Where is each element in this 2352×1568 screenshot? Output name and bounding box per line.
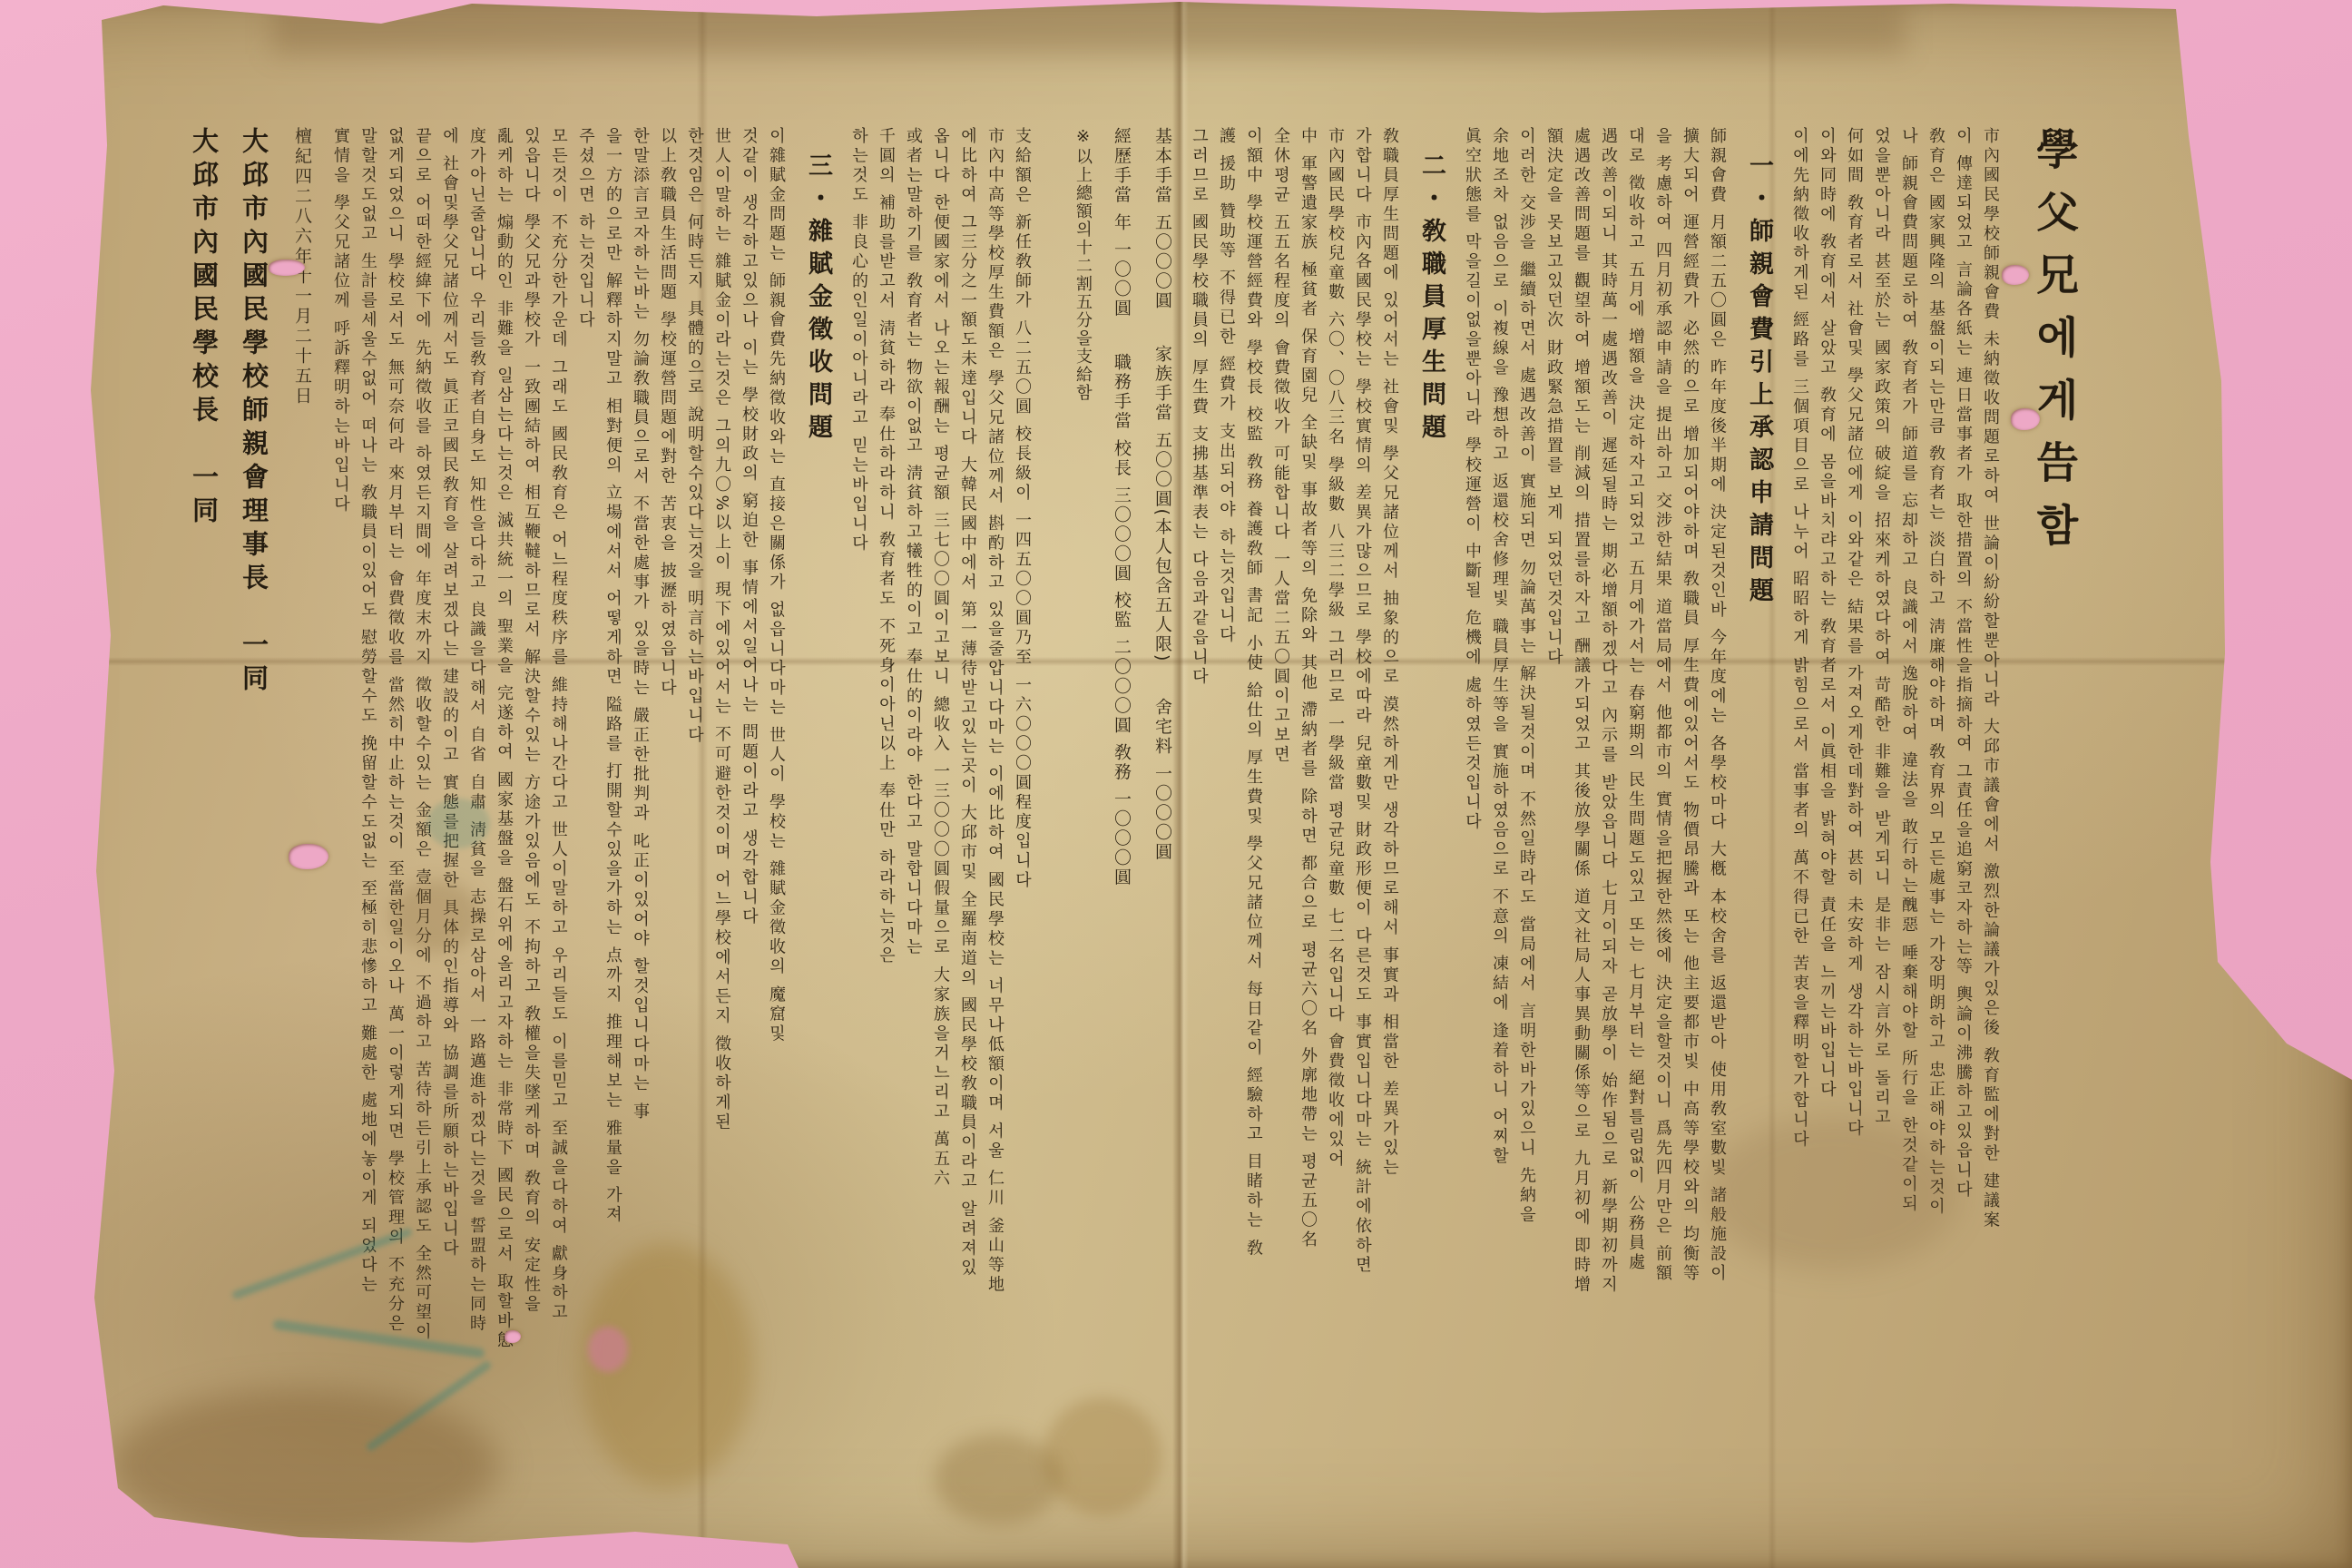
section-1-heading: 一・師親會費引上承認申請問題 [1738,127,1779,1488]
section-3-column: 주셨으면 하는것입니다 [573,127,599,1470]
allowance-row-duty: 職務手當 校長 三〇〇〇圓 校監 二〇〇〇圓 敎務 一〇〇〇圓 [1112,353,1132,887]
pencil-scribble-4 [426,799,490,848]
section-2-column: 이額中 學校運營經費와 學校長 校監 敎務 養護敎師 書記 小使 給仕의 厚生費… [1240,127,1267,1470]
stain-top-edge [272,0,1906,54]
section-2-heading: 二・敎職員厚生問題 [1410,127,1452,1488]
section-3-heading: 三・雜賦金徵收問題 [797,127,838,1488]
paper-sheet: 學父兄에게告함 市內國民學校師親會費 未納徵收問題로하여 世論이紛紛할뿐아니라 … [0,0,2352,1568]
section-3-column: 모든것이 不充分한가운데 그래도 國民敎育은 어느程度秩序를 維持해나간다고 世… [545,127,572,1470]
date-line: 檀紀四二八六年十一月二十五日 [284,127,320,1488]
preamble-column: 敎育은 國家興隆의 基盤이되는만큼 敎育者는 淡白하고 淸廉해야하며 敎育界의 … [1923,127,1949,1470]
section-2-column: 敎職員厚生問題에 있어서는 社會및 學父兄諸位께서 抽象的으로 漠然하게만 생각… [1377,127,1403,1470]
section-3-column: 亂케하는 煽動的인 非難을 일삼는다는것은 滅共統一의 聖業을 完遂하여 國家基… [491,127,517,1470]
section-2-column: 中 軍警遺家族 極貧者 保育園兒 全缺및 事故者等의 免除와 其他 滯納者를 除… [1295,127,1321,1470]
document-text: 學父兄에게告함 市內國民學校師親會費 未納徵收問題로하여 世論이紛紛할뿐아니라 … [136,127,2103,1488]
post-table-column: 옵니다 한便國家에서 나오는報酬는 평균額 三七〇〇圓이고보니 總收入 一三〇〇… [927,127,954,1470]
section-2-column: 그러므로 國民學校職員의 厚生費 支拂基準表는 다음과같읍니다 [1186,127,1212,1470]
post-table-column: 에比하여 그三分之一額도未達입니다 大韓民國中에서 第一薄待받고있는곳이 大邱市… [955,127,981,1470]
section-1-column: 處遇改善問題를 觀望하여 增額도는 削減의 措置를하자고 酬議가되었고 其後放學… [1568,127,1594,1470]
section-1-column: 眞空狀態를 막을길이없을뿐아니라 學校運營이 中斷될 危機에 處하였든것입니다 [1459,127,1485,1470]
section-3-column: 을一方的으로만 解釋하지말고 相對便의 立場에서서 어떻게하면 隘路를 打開할수… [600,127,626,1470]
post-table-column: 或者는말하기를 敎育者는 物欲이없고 淸貧하고犧牲的이고 奉仕的이라야 한다고 … [900,127,926,1470]
section-1-column: 遇改善이되니 其時萬一處遇改善이 遲延될時는 期必增額하겠다고 內示를 받았읍니… [1595,127,1622,1470]
section-3-column: 한말添言코자하는바는 勿論敎職員으로서 不當한處事가 있을時는 嚴正한批判과 叱… [627,127,653,1470]
allowance-row-basic: 基本手當 五〇〇〇圓 [1152,127,1172,310]
preamble-column: 이 傳達되었고 言論各紙는 連日當事者가 取한措置의 不當性을指摘하여 그責任을… [1950,127,1976,1470]
document-title: 學父兄에게告함 [2024,127,2083,1488]
section-1-column: 을 考慮하여 四月初承認申請을 提出하고 交涉한結果 道當局에서 他都市의 實情… [1650,127,1676,1470]
section-3-column: 없게되었으니 學校로서도 無可奈何라 來月부터는 會費徵收를 當然히中止하는것이… [382,127,408,1470]
allowance-row-seniority: 經歷手當 年 一〇〇圓 [1112,127,1132,318]
signature-principals: 大邱市內國民學校長 一同 [181,127,227,1488]
preamble-column: 이와同時에 敎育에서 살았고 敎育에 몸을바치랴고하는 敎育者로서 이眞相을 밝… [1814,127,1840,1470]
preamble-column: 었을뿐아니라 甚至於는 國家政策의 破綻을 招來케하였다하여 苛酷한 非難을 받… [1868,127,1895,1470]
section-2-column: 護 援助 贊助等 不得已한 經費가 支出되어야 하는것입니다 [1213,127,1240,1470]
preamble-column: 이에先納徵收하게된 經路를 三個項目으로 나누어 昭昭하게 밝힘으로서 當事者의… [1787,127,1813,1470]
allowance-table: 基本手當 五〇〇〇圓家族手當 五〇〇圓(本人包含五人限)舍宅料 一〇〇〇圓 經歷… [1039,127,1182,1488]
allowance-table-note: ※以上總額의十二割五分을支給함 [1064,127,1101,1488]
post-table-column: 千圓의 補助를받고서 淸貧하라 奉仕하라하니 敎育者도 不死身이아닌以上 奉仕만… [873,127,899,1470]
section-3-column: 이雜賦金問題는 師親會費先納徵收와는 直接은關係가 없읍니다마는 世人이 學校는… [763,127,789,1470]
allowance-table-column-1: 基本手當 五〇〇〇圓家族手當 五〇〇圓(本人包含五人限)舍宅料 一〇〇〇圓 [1142,127,1182,1488]
section-3-column: 한것임은 何時든지 具體的으로 說明할수있다는것을 明言하는바입니다 [681,127,708,1470]
section-1-column: 擴大되어 運營經費가 必然的으로 增加되어야하며 敎職員 厚生費에있어서도 物價… [1677,127,1703,1470]
allowance-row-family: 家族手當 五〇〇圓(本人包含五人限) [1152,345,1172,663]
allowance-row-housing: 舍宅料 一〇〇〇圓 [1152,698,1172,862]
section-3-column: 世人이말하는 雜賦金이라는것은 그의九〇%以上이 現下에있어서는 不可避한것이며… [709,127,735,1470]
section-3-column: 끝으로 어떠한經緯下에 先納徵收를 하였든지間에 年度末까지 徵收할수있는 金額… [409,127,436,1470]
section-3-column: 以上敎職員生活問題 學校運營問題에對한 苦衷을 披瀝하였읍니다 [654,127,681,1470]
section-1-column: 額決定을 못보고있던次 財政緊急措置를 보게 되었던것입니다 [1541,127,1567,1470]
section-2-column: 市內國民學校兒童數 六〇、〇八三名 學級數 八三二學級 그러므로 一學級當 평균… [1322,127,1348,1470]
section-1-column: 대로 徵收하고 五月에 增額을 決定하자고되었고 五月에가서는 春窮期의 民生問… [1622,127,1649,1470]
section-3-column: 것같이 생각하고있으나 이는 學校財政의 窮迫한 事情에서일어나는 問題이라고 … [736,127,762,1470]
preamble-column: 나 師親會費問題로하여 敎育者가 師道를 忘却하고 良識에서 逸脫하여 違法을 … [1896,127,1922,1470]
section-1-column: 師親會費 月額二五〇圓은 昨年度後半期에 決定된것인바 今年度에는 各學校마다 … [1704,127,1730,1470]
post-table-column: 支給額은 新任敎師가 八二五〇圓 校長級이 一四五〇〇圓乃至 一六〇〇〇圓程度입… [1009,127,1035,1470]
allowance-table-column-2: 經歷手當 年 一〇〇圓職務手當 校長 三〇〇〇圓 校監 二〇〇〇圓 敎務 一〇〇… [1102,127,1142,1488]
section-2-column: 全休평균 五五名程度의 會費徵收가 可能합니다 一人當二五〇圓이고보면 [1268,127,1294,1470]
preamble-column: 市內國民學校師親會費 未納徵收問題로하여 世論이紛紛할뿐아니라 大邱市議會에서 … [1977,127,2004,1470]
section-2-column: 가합니다 市內各國民學校는 學校實情의 差異가많으므로 學校에따라 兒童數및 財… [1349,127,1376,1470]
section-3-column: 있읍니다 學父兄과學校가 一致團結하여 相互鞭韃하므로서 解決할수있는 方途가있… [518,127,544,1470]
section-1-column: 余地조차 없음으로 이複線을 豫想하고 返還校舍修理빛 職員厚生等을 實施하였음… [1486,127,1513,1470]
post-table-column: 하는것도 非良心的인일이아니라고 믿는바입니다 [846,127,872,1470]
section-3-column: 實情을 學父兄諸位께 呼訴釋明하는바입니다 [328,127,354,1470]
preamble-column: 何如間 敎育者로서 社會및 學父兄諸位에게 이와같은 結果를 가져오게한데對하여… [1841,127,1867,1470]
post-table-column: 市內中高等學校厚生費額은 學父兄諸位께서 斟酌하고 있을줄압니다마는 이에比하여… [982,127,1008,1470]
section-3-column: 度가아닌줄압니다 우리들敎育者自身도 知性을다하고 良識을다해서 自省 自肅 淸… [464,127,490,1470]
section-1-column: 이러한 交涉을 繼續하면서 處遇改善이 實施되면 勿論萬事는 解決될것이며 不然… [1514,127,1540,1470]
section-3-column: 말할것도없고 生計를세울수없어 떠나는 敎職員이있어도 慰勞할수도 挽留할수도없… [355,127,381,1470]
